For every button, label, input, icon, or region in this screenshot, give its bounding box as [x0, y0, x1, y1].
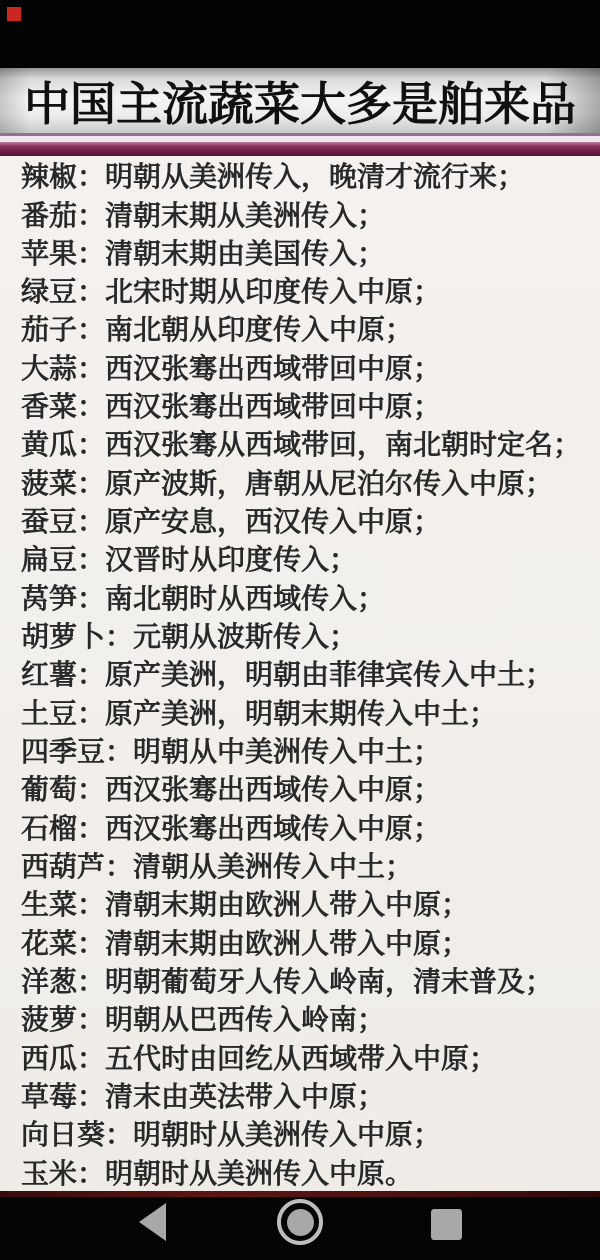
list-item: 花菜：清朝末期由欧洲人带入中原；	[0, 923, 600, 961]
list-item: 西葫芦：清朝从美洲传入中土；	[0, 846, 600, 884]
vegetable-origin-list: 辣椒：明朝从美洲传入，晚清才流行来； 番茄：清朝末期从美洲传入； 苹果：清朝末期…	[0, 156, 600, 1191]
android-nav-bar	[0, 1197, 600, 1260]
list-item: 草莓：清末由英法带入中原；	[0, 1076, 600, 1114]
list-item: 苹果：清朝末期由美国传入；	[0, 233, 600, 271]
list-item: 莴笋：南北朝时从西域传入；	[0, 578, 600, 616]
list-item: 向日葵：明朝时从美洲传入中原；	[0, 1114, 600, 1152]
list-item: 土豆：原产美洲，明朝末期传入中土；	[0, 693, 600, 731]
list-item: 番茄：清朝末期从美洲传入；	[0, 194, 600, 232]
status-bar	[0, 0, 600, 68]
list-item: 葡萄：西汉张骞出西域传入中原；	[0, 769, 600, 807]
home-circle-inner	[287, 1209, 314, 1236]
back-triangle-icon[interactable]	[139, 1203, 166, 1241]
list-item: 洋葱：明朝葡萄牙人传入岭南，清末普及；	[0, 961, 600, 999]
title-banner: 中国主流蔬菜大多是舶来品	[0, 68, 600, 133]
record-indicator-icon	[7, 7, 21, 21]
list-item: 玉米：明朝时从美洲传入中原。	[0, 1153, 600, 1191]
page-title: 中国主流蔬菜大多是舶来品	[24, 68, 576, 134]
separator-magenta-bar	[0, 142, 600, 156]
list-item: 黄瓜：西汉张骞从西域带回，南北朝时定名；	[0, 424, 600, 462]
list-item: 大蒜：西汉张骞出西域带回中原；	[0, 348, 600, 386]
home-circle-icon[interactable]	[277, 1199, 323, 1245]
list-item: 蚕豆：原产安息，西汉传入中原；	[0, 501, 600, 539]
list-item: 扁豆：汉晋时从印度传入；	[0, 539, 600, 577]
list-item: 茄子：南北朝从印度传入中原；	[0, 309, 600, 347]
list-item: 生菜：清朝末期由欧洲人带入中原；	[0, 884, 600, 922]
list-item: 香菜：西汉张骞出西域带回中原；	[0, 386, 600, 424]
list-item: 西瓜：五代时由回纥从西域带入中原；	[0, 1038, 600, 1076]
list-item: 红薯：原产美洲，明朝由菲律宾传入中土；	[0, 654, 600, 692]
phone-screen: 中国主流蔬菜大多是舶来品 辣椒：明朝从美洲传入，晚清才流行来； 番茄：清朝末期从…	[0, 0, 600, 1260]
list-item: 菠萝：明朝从巴西传入岭南；	[0, 999, 600, 1037]
list-item: 绿豆：北宋时期从印度传入中原；	[0, 271, 600, 309]
list-item: 菠菜：原产波斯，唐朝从尼泊尔传入中原；	[0, 463, 600, 501]
list-item: 胡萝卜：元朝从波斯传入；	[0, 616, 600, 654]
list-item: 辣椒：明朝从美洲传入，晚清才流行来；	[0, 156, 600, 194]
list-item: 四季豆：明朝从中美洲传入中土；	[0, 731, 600, 769]
list-item: 石榴：西汉张骞出西域传入中原；	[0, 808, 600, 846]
recents-square-icon[interactable]	[431, 1209, 462, 1240]
